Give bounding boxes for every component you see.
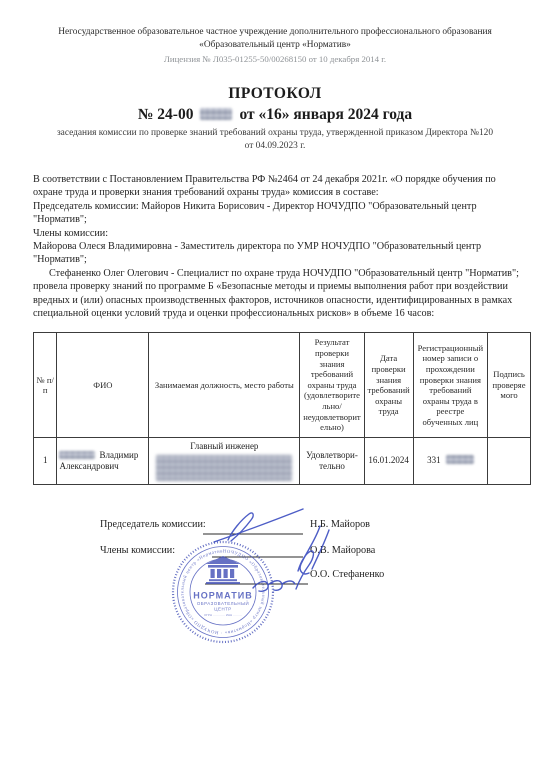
table-row: 1 Владимир Александрович Главный инженер… — [34, 437, 531, 484]
cell-position: Главный инженер — [149, 437, 300, 484]
stamp-name-text: НОРМАТИВ — [193, 590, 252, 600]
organization-name: Негосударственное образовательное частно… — [0, 26, 550, 38]
cell-signature-empty — [488, 437, 531, 484]
stamp-sub2-text: ЦЕНТР — [214, 606, 231, 611]
scanned-protocol-document: Негосударственное образовательное частно… — [0, 0, 550, 777]
chair-ink-signature — [214, 509, 303, 542]
header-cell-fio: ФИО — [57, 333, 149, 437]
stamp-registration-small-text: ОГРН ············ ИНН ········· — [204, 613, 242, 617]
cell-date: 16.01.2024 — [364, 437, 413, 484]
header-cell-result: Результат проверки знания требований охр… — [300, 333, 364, 437]
chair-ink-signature-loop — [228, 513, 253, 541]
redacted-surname — [59, 451, 95, 459]
chair-label: Председатель комиссии: — [100, 519, 206, 530]
header-cell-position: Занимаемая должность, место работы — [149, 333, 300, 437]
paragraph-member-2: Стефаненко Олег Олегович - Специалист по… — [33, 267, 521, 280]
paragraph-basis: В соответствии с Постановлением Правител… — [33, 173, 521, 200]
redacted-employer — [156, 455, 292, 481]
organization-center-name: «Образовательный центр «Норматив» — [0, 39, 550, 51]
protocol-number: № 24-00от «16» января 2024 года — [0, 106, 550, 124]
redacted-reg-number — [446, 455, 474, 464]
protocol-title: ПРОТОКОЛ — [0, 85, 550, 103]
body-text: В соответствии с Постановлением Правител… — [33, 173, 521, 320]
stamp-sub1-text: ОБРАЗОВАТЕЛЬНЫЙ — [197, 601, 249, 606]
redacted-protocol-number — [200, 108, 232, 120]
table-header-row: № п/п ФИО Занимаемая должность, место ра… — [34, 333, 531, 437]
position-title: Главный инженер — [190, 441, 258, 451]
signature-block: Председатель комиссии: Н.Б. Майоров Член… — [0, 501, 550, 691]
protocol-subtitle-line1: заседания комиссии по проверке знаний тр… — [0, 127, 550, 140]
paragraph-members-label: Члены комиссии: — [33, 227, 521, 240]
license-line: Лицензия № Л035-01255-50/00268150 от 10 … — [0, 53, 550, 65]
stamp-inner-ring — [190, 559, 256, 625]
header-cell-reg-number: Регистрационный номер записи о прохожден… — [413, 333, 487, 437]
paragraph-program: провела проверку знаний по программе Б «… — [33, 280, 521, 320]
protocol-subtitle: заседания комиссии по проверке знаний тр… — [0, 127, 550, 152]
stamp-building-icon — [206, 556, 240, 584]
protocol-number-suffix: от «16» января 2024 года — [239, 106, 412, 123]
stamp-outer-dotted-ring — [173, 542, 273, 642]
signatures-and-stamp-graphic: НОЧУДПО «Образовательный центр «Норматив… — [0, 501, 550, 691]
letterhead: Негосударственное образовательное частно… — [0, 0, 550, 65]
results-table: № п/п ФИО Занимаемая должность, место ра… — [33, 332, 531, 484]
paragraph-member-1: Майорова Олеся Владимировна - Заместител… — [33, 240, 521, 267]
member2-ink-signature — [253, 581, 295, 592]
cell-row-number: 1 — [34, 437, 57, 484]
members-label: Члены комиссии: — [100, 545, 175, 556]
member1-name: О.В. Майорова — [310, 545, 375, 556]
header-cell-num: № п/п — [34, 333, 57, 437]
header-cell-date: Дата проверки знания требований охраны т… — [364, 333, 413, 437]
member2-name: О.О. Стефаненко — [310, 569, 384, 580]
cell-fio: Владимир Александрович — [57, 437, 149, 484]
cell-reg-number: 331 — [413, 437, 487, 484]
header-cell-signature: Подпись проверяемого — [488, 333, 531, 437]
chair-name: Н.Б. Майоров — [310, 519, 370, 530]
cell-result: Удовлетвори-тельно — [300, 437, 364, 484]
title-block: ПРОТОКОЛ № 24-00от «16» января 2024 года… — [0, 85, 550, 152]
stamp-outer-ring — [178, 546, 269, 637]
reg-number-prefix: 331 — [427, 455, 441, 465]
protocol-number-prefix: № 24-00 — [138, 106, 194, 123]
paragraph-chairman: Председатель комиссии: Майоров Никита Бо… — [33, 200, 521, 227]
protocol-subtitle-line2: от 04.09.2023 г. — [0, 140, 550, 153]
